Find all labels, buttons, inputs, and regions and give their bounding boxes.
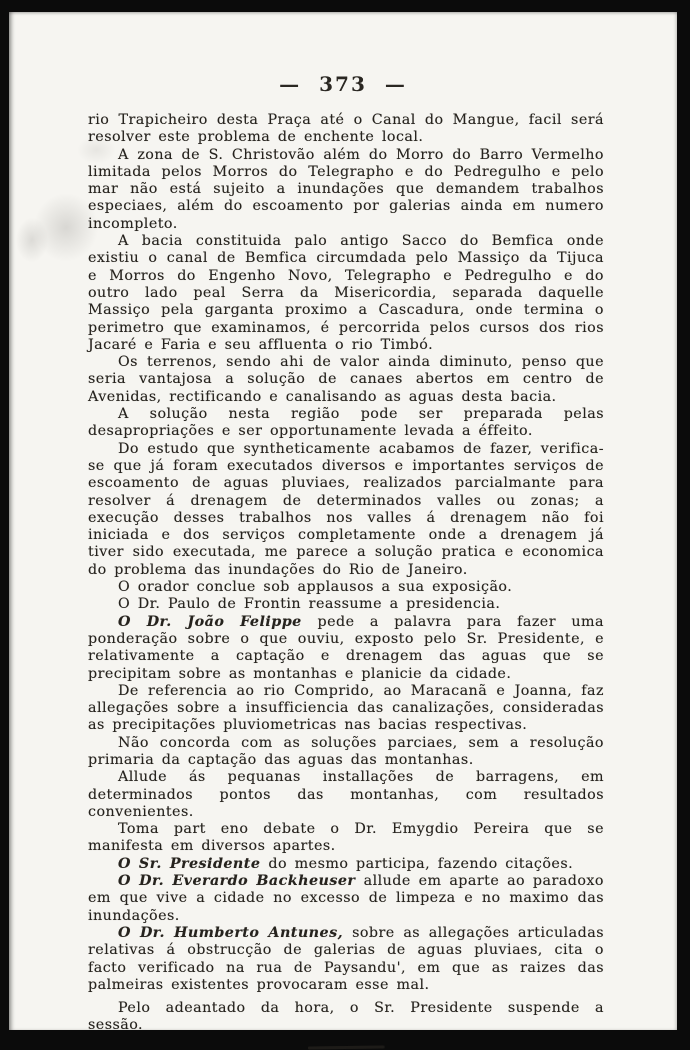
paragraph-text: Do estudo que syntheticamente acabamos d… bbox=[88, 441, 604, 578]
paragraph-text: Toma part eno debate o Dr. Emygdio Perei… bbox=[88, 821, 604, 854]
paragraph: rio Trapicheiro desta Praça até o Canal … bbox=[88, 112, 604, 147]
paragraph: Do estudo que syntheticamente acabamos d… bbox=[88, 441, 604, 579]
paragraph-text: De referencia ao rio Comprido, ao Maraca… bbox=[88, 683, 604, 734]
closing-paragraph: Pelo adeantado da hora, o Sr. Presidente… bbox=[88, 1000, 604, 1035]
scan-smudge bbox=[9, 208, 55, 272]
section-end-rule bbox=[308, 1045, 384, 1049]
paragraph-text: A solução nesta região pode ser preparad… bbox=[88, 406, 604, 439]
page-number: — 373 — bbox=[9, 72, 677, 96]
paragraph: O Dr. João Felippe pede a palavra para f… bbox=[88, 614, 604, 683]
paragraph-text: O Dr. Paulo de Frontin reassume a presid… bbox=[118, 596, 500, 612]
paragraph: A solução nesta região pode ser preparad… bbox=[88, 406, 604, 441]
page-text: rio Trapicheiro desta Praça até o Canal … bbox=[88, 112, 604, 1049]
speaker-name: O Sr. Presidente bbox=[118, 856, 268, 872]
paragraph: O Dr. Paulo de Frontin reassume a presid… bbox=[88, 596, 604, 613]
paragraph: O Dr. Humberto Antunes, sobre as allegaç… bbox=[88, 925, 604, 994]
paragraph: O Dr. Everardo Backheuser allude em apar… bbox=[88, 873, 604, 925]
paragraph-text: A zona de S. Christovão além do Morro do… bbox=[88, 147, 604, 232]
paragraph: Toma part eno debate o Dr. Emygdio Perei… bbox=[88, 821, 604, 856]
speaker-name: O Dr. Everardo Backheuser bbox=[118, 873, 364, 889]
paragraph: A bacia constituida palo antigo Sacco do… bbox=[88, 233, 604, 354]
paragraph-text: Não concorda com as soluções parciaes, s… bbox=[88, 735, 604, 768]
paragraph: De referencia ao rio Comprido, ao Maraca… bbox=[88, 683, 604, 735]
paragraph: A zona de S. Christovão além do Morro do… bbox=[88, 147, 604, 233]
paragraph-text: do mesmo participa, fazendo citações. bbox=[268, 856, 573, 872]
paragraph-text: A bacia constituida palo antigo Sacco do… bbox=[88, 233, 604, 353]
speaker-name: O Dr. João Felippe bbox=[118, 614, 317, 630]
paragraph-text: rio Trapicheiro desta Praça até o Canal … bbox=[88, 112, 604, 145]
scanned-document: — 373 — rio Trapicheiro desta Praça até … bbox=[0, 0, 690, 1050]
paragraph-text: Allude ás pequanas installações de barra… bbox=[88, 769, 604, 820]
paragraph: Allude ás pequanas installações de barra… bbox=[88, 769, 604, 821]
paragraph-text: Os terrenos, sendo ahi de valor ainda di… bbox=[88, 354, 604, 405]
paragraph-text: Pelo adeantado da hora, o Sr. Presidente… bbox=[88, 1000, 604, 1033]
book-page: — 373 — rio Trapicheiro desta Praça até … bbox=[9, 12, 677, 1030]
speaker-name: O Dr. Humberto Antunes, bbox=[118, 925, 352, 941]
paragraph: Não concorda com as soluções parciaes, s… bbox=[88, 735, 604, 770]
paragraph: Os terrenos, sendo ahi de valor ainda di… bbox=[88, 354, 604, 406]
paragraph: O Sr. Presidente do mesmo participa, faz… bbox=[88, 856, 604, 873]
paragraph-text: O orador conclue sob applausos a sua exp… bbox=[118, 579, 512, 595]
paragraph: O orador conclue sob applausos a sua exp… bbox=[88, 579, 604, 596]
